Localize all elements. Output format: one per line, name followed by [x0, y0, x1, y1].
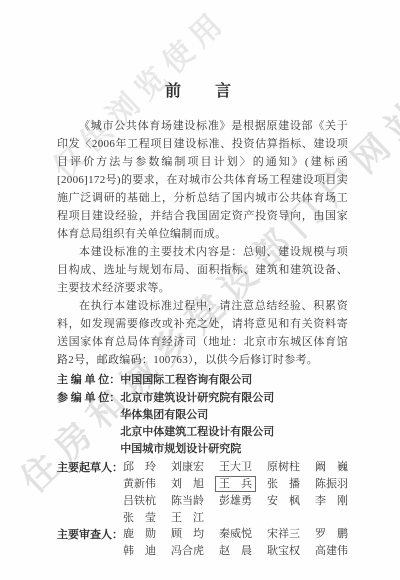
chief-editor-value: 中国国际工程咨询有限公司 — [120, 372, 252, 389]
drafter-name: 吕铁杭 — [123, 494, 156, 508]
drafter-name: 刘康宏 — [171, 460, 204, 474]
reviewer-name: 鹿 勋 — [123, 527, 156, 541]
reviewer-name: 冯合虎 — [171, 544, 204, 558]
chief-editor-line: 主 编 单 位： 中国国际工程咨询有限公司 — [57, 372, 348, 389]
drafter-name: 黄新伟 — [123, 477, 156, 491]
reviewer-name: 罗 鹏 — [315, 527, 348, 541]
participating-unit: 华体集团有限公司 — [120, 407, 274, 424]
drafter-name: 邱 玲 — [123, 460, 156, 474]
drafter-name: 陈当龄 — [171, 494, 204, 508]
reviewer-name: 秦威悦 — [219, 527, 252, 541]
participating-units-list: 北京市建筑设计研究院有限公司 华体集团有限公司 北京中体建筑工程设计有限公司 中… — [120, 390, 274, 458]
reviewers-label: 主要审查人： — [57, 527, 123, 558]
paragraph-feedback: 在执行本建设标准过程中，请注意总结经验、积累资料，如发现需要修改或补充之处，请将… — [57, 297, 348, 369]
drafters-name-grid: 邱 玲 刘康宏 王大卫 原树柱 阚 巍 黄新伟 刘 旭 王 兵 张 播 陈振羽 … — [123, 460, 348, 525]
participating-unit: 北京市建筑设计研究院有限公司 — [120, 390, 274, 407]
reviewer-name: 顾 均 — [171, 527, 204, 541]
drafter-name: 安 枫 — [267, 494, 300, 508]
document-page: 住房和城乡建设部门户网站 仅供浏览使用 前 言 《城市公共体育场建设标准》是根据… — [0, 0, 400, 580]
page-title: 前 言 — [57, 78, 348, 101]
credits-section: 主 编 单 位： 中国国际工程咨询有限公司 参 编 单 位： 北京市建筑设计研究… — [57, 372, 348, 558]
reviewer-name: 耿宝权 — [267, 544, 300, 558]
page-content: 前 言 《城市公共体育场建设标准》是根据原建设部《关于印发〈2006年工程项目建… — [0, 0, 400, 558]
participating-units-label: 参 编 单 位： — [57, 390, 120, 458]
drafters-line: 主要起草人： 邱 玲 刘康宏 王大卫 原树柱 阚 巍 黄新伟 刘 旭 王 兵 张… — [57, 460, 348, 525]
drafter-name: 张 播 — [267, 477, 300, 491]
reviewers-line: 主要审查人： 鹿 勋 顾 均 秦威悦 宋祥三 罗 鹏 韩 迪 冯合虎 赵 晨 耿… — [57, 527, 348, 558]
drafter-name: 原树柱 — [267, 460, 300, 474]
reviewer-name: 赵 晨 — [219, 544, 252, 558]
drafter-name: 刘 旭 — [171, 477, 204, 491]
reviewers-name-grid: 鹿 勋 顾 均 秦威悦 宋祥三 罗 鹏 韩 迪 冯合虎 赵 晨 耿宝权 高建伟 — [123, 527, 348, 558]
paragraph-contents: 本建设标准的主要技术内容是：总则、建设规模与项目构成、选址与规划布局、面积指标、… — [57, 243, 348, 297]
reviewer-name: 宋祥三 — [267, 527, 300, 541]
drafter-name: 王 江 — [171, 511, 204, 525]
participating-units-line: 参 编 单 位： 北京市建筑设计研究院有限公司 华体集团有限公司 北京中体建筑工… — [57, 390, 348, 458]
paragraph-basis: 《城市公共体育场建设标准》是根据原建设部《关于印发〈2006年工程项目建设标准、… — [57, 117, 348, 243]
drafter-name: 陈振羽 — [315, 477, 348, 491]
drafter-name: 王大卫 — [219, 460, 252, 474]
drafter-name: 彭雄勇 — [219, 494, 252, 508]
reviewer-name: 高建伟 — [315, 544, 348, 558]
participating-unit: 北京中体建筑工程设计有限公司 — [120, 424, 274, 441]
drafter-name: 阚 巍 — [315, 460, 348, 474]
drafters-label: 主要起草人： — [57, 460, 123, 525]
drafter-name: 张 莹 — [123, 511, 156, 525]
chief-editor-label: 主 编 单 位： — [57, 372, 120, 389]
drafter-name: 李 刚 — [315, 494, 348, 508]
participating-unit: 中国城市规划设计研究院 — [120, 441, 274, 458]
drafter-name-boxed: 王 兵 — [215, 476, 256, 492]
reviewer-name: 韩 迪 — [123, 544, 156, 558]
